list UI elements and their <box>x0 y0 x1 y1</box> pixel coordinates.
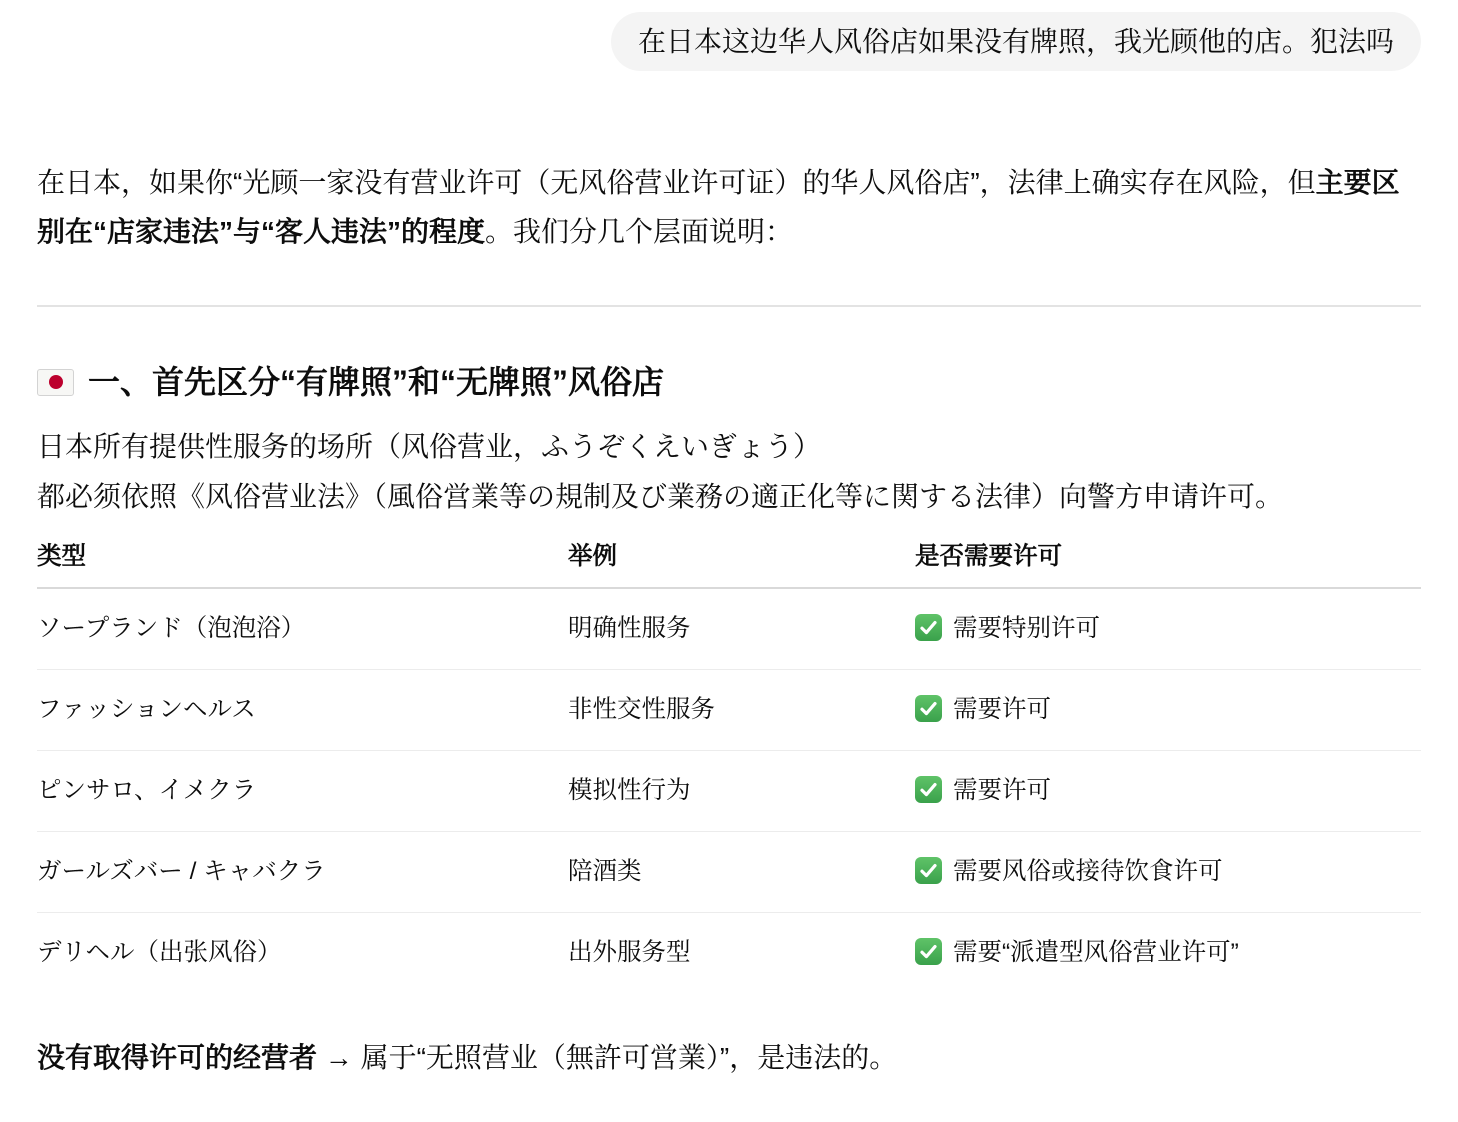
table-row: デリヘル（出张风俗） 出外服务型 需要“派遣型风俗营业许可” <box>37 913 1421 994</box>
user-message-bubble: 在日本这边华人风俗店如果没有牌照，我光顾他的店。犯法吗 <box>611 12 1421 71</box>
cell-type: ピンサロ、イメクラ <box>37 751 568 832</box>
permit-text: 需要许可 <box>953 777 1051 804</box>
permit-text: 需要许可 <box>953 696 1051 723</box>
cell-example: 出外服务型 <box>568 913 915 994</box>
section-divider <box>37 305 1421 307</box>
table-row: ピンサロ、イメクラ 模拟性行为 需要许可 <box>37 751 1421 832</box>
cell-example: 模拟性行为 <box>568 751 915 832</box>
cell-permit: 需要特别许可 <box>915 588 1421 670</box>
cell-permit: 需要许可 <box>915 670 1421 751</box>
section-description: 日本所有提供性服务的场所（风俗营业，ふうぞくえいぎょう） 都必须依照《风俗营业法… <box>37 422 1421 522</box>
cell-type: ソープランド（泡泡浴） <box>37 588 568 670</box>
cell-example: 明确性服务 <box>568 588 915 670</box>
check-mark-emoji-icon <box>915 938 942 965</box>
conclusion-rest-text: → 属于“无照营业（無許可営業）”，是违法的。 <box>317 1042 897 1073</box>
check-mark-emoji-icon <box>915 614 942 641</box>
check-mark-emoji-icon <box>915 695 942 722</box>
intro-text-post: 。我们分几个层面说明： <box>485 216 793 247</box>
check-mark-emoji-icon <box>915 776 942 803</box>
cell-permit: 需要“派遣型风俗营业许可” <box>915 913 1421 994</box>
cell-type: ガールズバー / キャバクラ <box>37 832 568 913</box>
table-row: ソープランド（泡泡浴） 明确性服务 需要特别许可 <box>37 588 1421 670</box>
chat-page: 在日本这边华人风俗店如果没有牌照，我光顾他的店。犯法吗 在日本，如果你“光顾一家… <box>0 12 1458 1079</box>
table-row: ファッションヘルス 非性交性服务 需要许可 <box>37 670 1421 751</box>
cell-type: ファッションヘルス <box>37 670 568 751</box>
user-message-text: 在日本这边华人风俗店如果没有牌照，我光顾他的店。犯法吗 <box>638 26 1394 57</box>
column-header-permit: 是否需要许可 <box>915 542 1421 588</box>
assistant-intro-paragraph: 在日本，如果你“光顾一家没有营业许可（无风俗营业许可证）的华人风俗店”，法律上确… <box>37 158 1421 256</box>
cell-example: 陪酒类 <box>568 832 915 913</box>
conclusion-bold-text: 没有取得许可的经营者 <box>37 1042 317 1073</box>
permit-text: 需要“派遣型风俗营业许可” <box>953 939 1239 966</box>
table-header-row: 类型 举例 是否需要许可 <box>37 542 1421 588</box>
intro-text-pre: 在日本，如果你“光顾一家没有营业许可（无风俗营业许可证）的华人风俗店”，法律上确… <box>37 167 1316 198</box>
cell-example: 非性交性服务 <box>568 670 915 751</box>
japan-flag-emoji <box>37 369 74 396</box>
check-mark-emoji-icon <box>915 857 942 884</box>
conclusion-line: 没有取得许可的经营者 → 属于“无照营业（無許可営業）”，是违法的。 <box>37 1037 1421 1079</box>
flag-red-circle <box>49 375 63 389</box>
section-heading: 一、首先区分“有牌照”和“无牌照”风俗店 <box>37 362 1421 402</box>
section-description-line1: 日本所有提供性服务的场所（风俗营业，ふうぞくえいぎょう） <box>37 422 1421 472</box>
permit-text: 需要特别许可 <box>953 615 1100 642</box>
section-heading-text: 一、首先区分“有牌照”和“无牌照”风俗店 <box>88 362 664 402</box>
cell-type: デリヘル（出张风俗） <box>37 913 568 994</box>
section-description-line2: 都必须依照《风俗营业法》（風俗営業等の規制及び業務の適正化等に関する法律）向警方… <box>37 472 1421 522</box>
cell-permit: 需要风俗或接待饮食许可 <box>915 832 1421 913</box>
license-table: 类型 举例 是否需要许可 ソープランド（泡泡浴） 明确性服务 需要特别许可 ファ… <box>37 542 1421 993</box>
user-message-row: 在日本这边华人风俗店如果没有牌照，我光顾他的店。犯法吗 <box>37 12 1421 71</box>
cell-permit: 需要许可 <box>915 751 1421 832</box>
column-header-example: 举例 <box>568 542 915 588</box>
table-row: ガールズバー / キャバクラ 陪酒类 需要风俗或接待饮食许可 <box>37 832 1421 913</box>
column-header-type: 类型 <box>37 542 568 588</box>
permit-text: 需要风俗或接待饮食许可 <box>953 858 1223 885</box>
